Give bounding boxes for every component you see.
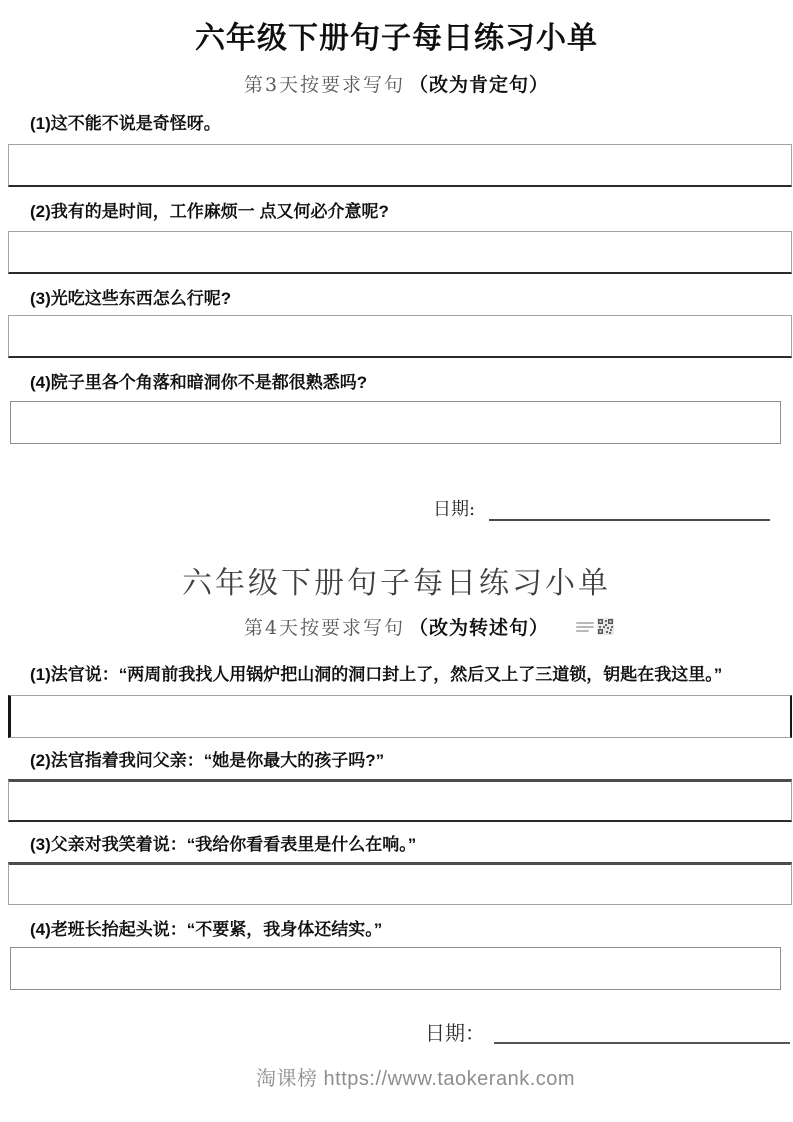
- qr-watermark-group: [576, 618, 614, 635]
- question-text: (4)院子里各个角落和暗洞你不是都很熟悉吗?: [30, 371, 783, 394]
- question-text: (2)法官指着我问父亲：“她是你最大的孩子吗?”: [30, 749, 783, 772]
- section-day3: 六年级下册句子每日练习小单 第3天按要求写句（改为肯定句） (1)这不能不说是奇…: [0, 20, 793, 521]
- answer-box[interactable]: [8, 231, 792, 274]
- question-text: (3)光吃这些东西怎么行呢?: [30, 287, 783, 310]
- answer-box[interactable]: [8, 144, 792, 187]
- date-fill-line[interactable]: [494, 1022, 790, 1044]
- question-text: (1)法官说：“两周前我找人用锅炉把山洞的洞口封上了，然后又上了三道锁，钥匙在我…: [8, 656, 785, 694]
- answer-box[interactable]: [8, 315, 792, 358]
- answer-box[interactable]: [10, 401, 781, 444]
- section-subtitle: 第3天按要求写句（改为肯定句）: [0, 73, 793, 98]
- date-row: 日期：: [425, 1022, 793, 1044]
- answer-box[interactable]: [8, 779, 792, 822]
- section-day4: 六年级下册句子每日练习小单 第4天按要求写句（改为转述句） (1)法官说：“: [0, 565, 793, 1044]
- watermark-text-lines: [576, 622, 594, 632]
- qr-code-icon: [597, 618, 614, 635]
- subtitle-day-text: 第3天按要求写句: [244, 74, 405, 96]
- subtitle-task-text: （改为转述句）: [409, 618, 549, 639]
- worksheet-title: 六年级下册句子每日练习小单: [0, 565, 793, 603]
- question-text: (3)父亲对我笑着说：“我给你看看表里是什么在响。”: [30, 833, 783, 856]
- date-label: 日期:: [433, 499, 475, 521]
- date-row: 日期:: [433, 499, 793, 521]
- worksheet-title: 六年级下册句子每日练习小单: [0, 20, 793, 58]
- question-text: (1)这不能不说是奇怪呀。: [30, 112, 783, 135]
- subtitle-task-text: （改为肯定句）: [409, 75, 549, 96]
- question-text: (4)老班长抬起头说：“不要紧，我身体还结实。”: [30, 918, 783, 941]
- date-label: 日期：: [425, 1022, 485, 1044]
- answer-box[interactable]: [8, 862, 792, 905]
- worksheet-page: 六年级下册句子每日练习小单 第3天按要求写句（改为肯定句） (1)这不能不说是奇…: [0, 0, 793, 1122]
- section-subtitle: 第4天按要求写句（改为转述句）: [0, 616, 793, 641]
- answer-box[interactable]: [8, 695, 792, 738]
- date-fill-line[interactable]: [489, 501, 770, 521]
- question-text: (2)我有的是时间，工作麻烦一 点又何必介意呢?: [30, 200, 783, 223]
- subtitle-day-text: 第4天按要求写句: [244, 617, 405, 639]
- answer-box[interactable]: [10, 947, 781, 990]
- site-watermark: 淘课榜 https://www.taokerank.com: [256, 1066, 575, 1092]
